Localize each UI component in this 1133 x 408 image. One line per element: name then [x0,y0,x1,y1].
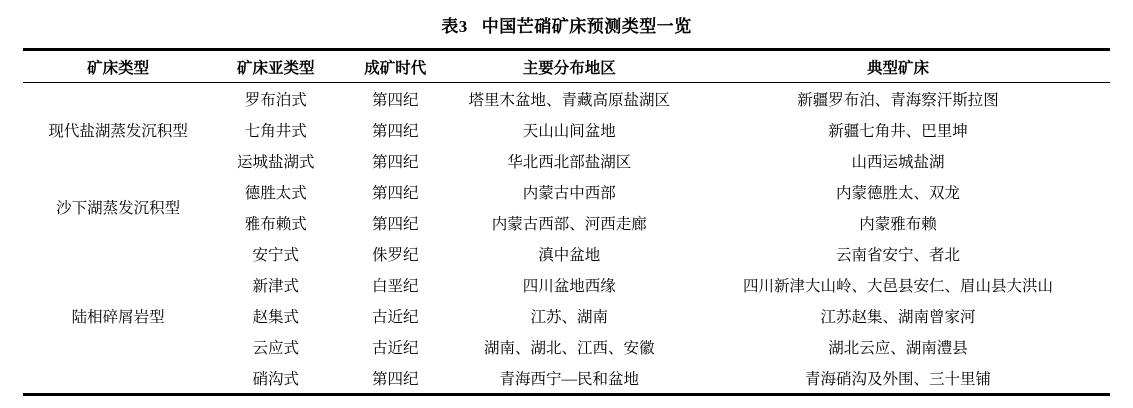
header-era: 成矿时代 [338,50,452,83]
table-row: 陆相碎屑岩型安宁式侏罗纪滇中盆地云南省安宁、者北 [23,238,1110,269]
deposit-type-cell: 现代盐湖蒸发沉积型 [23,83,213,177]
typical-deposit-cell: 湖北云应、湖南澧县 [686,331,1110,362]
distribution-cell: 滇中盆地 [452,238,686,269]
typical-deposit-cell: 四川新津大山岭、大邑县安仁、眉山县大洪山 [686,269,1110,300]
header-typical-deposits: 典型矿床 [686,50,1110,83]
table-header-row: 矿床类型 矿床亚类型 成矿时代 主要分布地区 典型矿床 [23,50,1110,83]
subtype-cell: 运城盐湖式 [213,145,338,176]
deposit-type-cell: 陆相碎屑岩型 [23,238,213,395]
subtype-cell: 七角井式 [213,114,338,145]
distribution-cell: 华北西北部盐湖区 [452,145,686,176]
typical-deposit-cell: 新疆罗布泊、青海察汗斯拉图 [686,83,1110,115]
distribution-cell: 内蒙古中西部 [452,176,686,207]
table-body: 现代盐湖蒸发沉积型罗布泊式第四纪塔里木盆地、青藏高原盐湖区新疆罗布泊、青海察汗斯… [23,83,1110,395]
era-cell: 第四纪 [338,114,452,145]
distribution-cell: 四川盆地西缘 [452,269,686,300]
subtype-cell: 新津式 [213,269,338,300]
subtype-cell: 罗布泊式 [213,83,338,115]
typical-deposit-cell: 江苏赵集、湖南曾家河 [686,300,1110,331]
typical-deposit-cell: 山西运城盐湖 [686,145,1110,176]
era-cell: 侏罗纪 [338,238,452,269]
subtype-cell: 雅布赖式 [213,207,338,238]
distribution-cell: 天山山间盆地 [452,114,686,145]
subtype-cell: 云应式 [213,331,338,362]
table-caption: 表3中国芒硝矿床预测类型一览 [23,12,1110,37]
era-cell: 第四纪 [338,145,452,176]
header-distribution: 主要分布地区 [452,50,686,83]
subtype-cell: 硝沟式 [213,362,338,395]
distribution-cell: 塔里木盆地、青藏高原盐湖区 [452,83,686,115]
typical-deposit-cell: 内蒙雅布赖 [686,207,1110,238]
typical-deposit-cell: 内蒙德胜太、双龙 [686,176,1110,207]
deposit-type-cell: 沙下湖蒸发沉积型 [23,176,213,238]
table-row: 沙下湖蒸发沉积型德胜太式第四纪内蒙古中西部内蒙德胜太、双龙 [23,176,1110,207]
era-cell: 第四纪 [338,176,452,207]
era-cell: 古近纪 [338,300,452,331]
table-row: 现代盐湖蒸发沉积型罗布泊式第四纪塔里木盆地、青藏高原盐湖区新疆罗布泊、青海察汗斯… [23,83,1110,115]
subtype-cell: 安宁式 [213,238,338,269]
paper-table-page: 表3中国芒硝矿床预测类型一览 矿床类型 矿床亚类型 成矿时代 主要分布地区 典型… [0,0,1133,408]
table-number: 表3 [441,17,468,36]
header-deposit-type: 矿床类型 [23,50,213,83]
typical-deposit-cell: 青海硝沟及外围、三十里铺 [686,362,1110,395]
distribution-cell: 江苏、湖南 [452,300,686,331]
era-cell: 白垩纪 [338,269,452,300]
distribution-cell: 内蒙古西部、河西走廊 [452,207,686,238]
typical-deposit-cell: 云南省安宁、者北 [686,238,1110,269]
typical-deposit-cell: 新疆七角井、巴里坤 [686,114,1110,145]
header-subtype: 矿床亚类型 [213,50,338,83]
subtype-cell: 德胜太式 [213,176,338,207]
subtype-cell: 赵集式 [213,300,338,331]
era-cell: 古近纪 [338,331,452,362]
distribution-cell: 青海西宁—民和盆地 [452,362,686,395]
distribution-cell: 湖南、湖北、江西、安徽 [452,331,686,362]
era-cell: 第四纪 [338,207,452,238]
era-cell: 第四纪 [338,362,452,395]
deposit-type-table: 矿床类型 矿床亚类型 成矿时代 主要分布地区 典型矿床 现代盐湖蒸发沉积型罗布泊… [23,48,1110,396]
era-cell: 第四纪 [338,83,452,115]
table-title-text: 中国芒硝矿床预测类型一览 [482,17,692,36]
